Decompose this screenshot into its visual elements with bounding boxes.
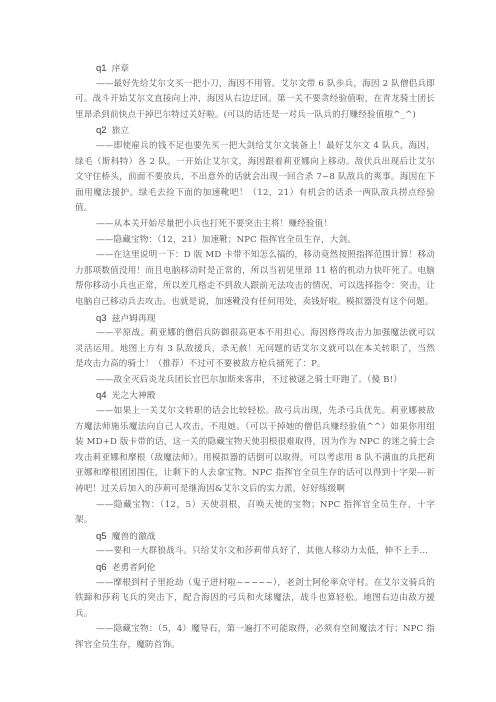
section-number: q1	[96, 63, 107, 74]
paragraph: ——隐藏宝物：（12，21）加速靴；NPC 指挥官全员生存，大剑。	[75, 233, 435, 249]
section-title: 兹卢姆再现	[112, 314, 156, 324]
paragraph: ——从本关开始尽量把小兵也打死不要突击主将！赚经验值！	[75, 217, 435, 233]
paragraph: ——最好先给艾尔文买一把小刀，海因不用管。艾尔文带 6 队步兵，海因 2 队僧侣…	[75, 77, 435, 124]
section-title: 老勇者阿伦	[112, 563, 156, 573]
section-heading-q3: q3兹卢姆再现	[75, 311, 435, 327]
section-number: q4	[96, 390, 107, 401]
paragraph: ——如果上一关艾尔文转职的话会比较轻松。敌弓兵出现，先杀弓兵优先。莉亚娜被敌方魔…	[75, 404, 435, 498]
section-number: q5	[96, 531, 107, 542]
paragraph: ——平原战。莉亚娜的僧侣兵防御很高更本不用担心。海因修得攻击力加强魔法就可以灵活…	[75, 326, 435, 373]
section-title: 序章	[112, 64, 130, 74]
section-heading-q5: q5魔兽的激战	[75, 529, 435, 545]
section-title: 光之大神殿	[112, 391, 156, 401]
paragraph: ——隐藏宝物：（5，4）魔导石，第一遍打不可能取得，必须有空间魔法才行；NPC …	[75, 622, 435, 653]
section-title: 旅立	[112, 126, 130, 136]
paragraph: ——摩根到村子里抢劫（鬼子进村啦~~~~~），老剑士阿伦率众守村。在艾尔文骑兵的…	[75, 576, 435, 623]
paragraph: ——在这里说明一下：D 版 MD 卡带不知怎么搞的，移动竟然按照指挥范围计算！移…	[75, 248, 435, 310]
paragraph: ——敌全灭后炎龙兵团长官巴尔加斯来客串，不过被谜之骑士吓跑了。（傻 B!）	[75, 373, 435, 389]
section-heading-q1: q1序章	[75, 61, 435, 77]
paragraph: ——要和一大群狼战斗。只给艾尔文和莎莉带兵好了，其他人移动力太低，伸不上手...	[75, 544, 435, 560]
paragraph: ——即使雇兵的钱不足也要先买一把大剑给艾尔文装备上！最好艾尔文 4 队兵，海因，…	[75, 139, 435, 217]
section-number: q3	[96, 313, 107, 324]
document-page: q1序章 ——最好先给艾尔文买一把小刀，海因不用管。艾尔文带 6 队步兵，海因 …	[75, 61, 435, 654]
paragraph: ——隐藏宝物：（12，5）天使羽根，召唤天使的宝物；NPC 指挥官全员生存，十字…	[75, 498, 435, 529]
section-heading-q6: q6老勇者阿伦	[75, 560, 435, 576]
section-heading-q4: q4光之大神殿	[75, 388, 435, 404]
section-title: 魔兽的激战	[112, 532, 156, 542]
section-number: q6	[96, 562, 107, 573]
section-heading-q2: q2旅立	[75, 123, 435, 139]
section-number: q2	[96, 125, 107, 136]
